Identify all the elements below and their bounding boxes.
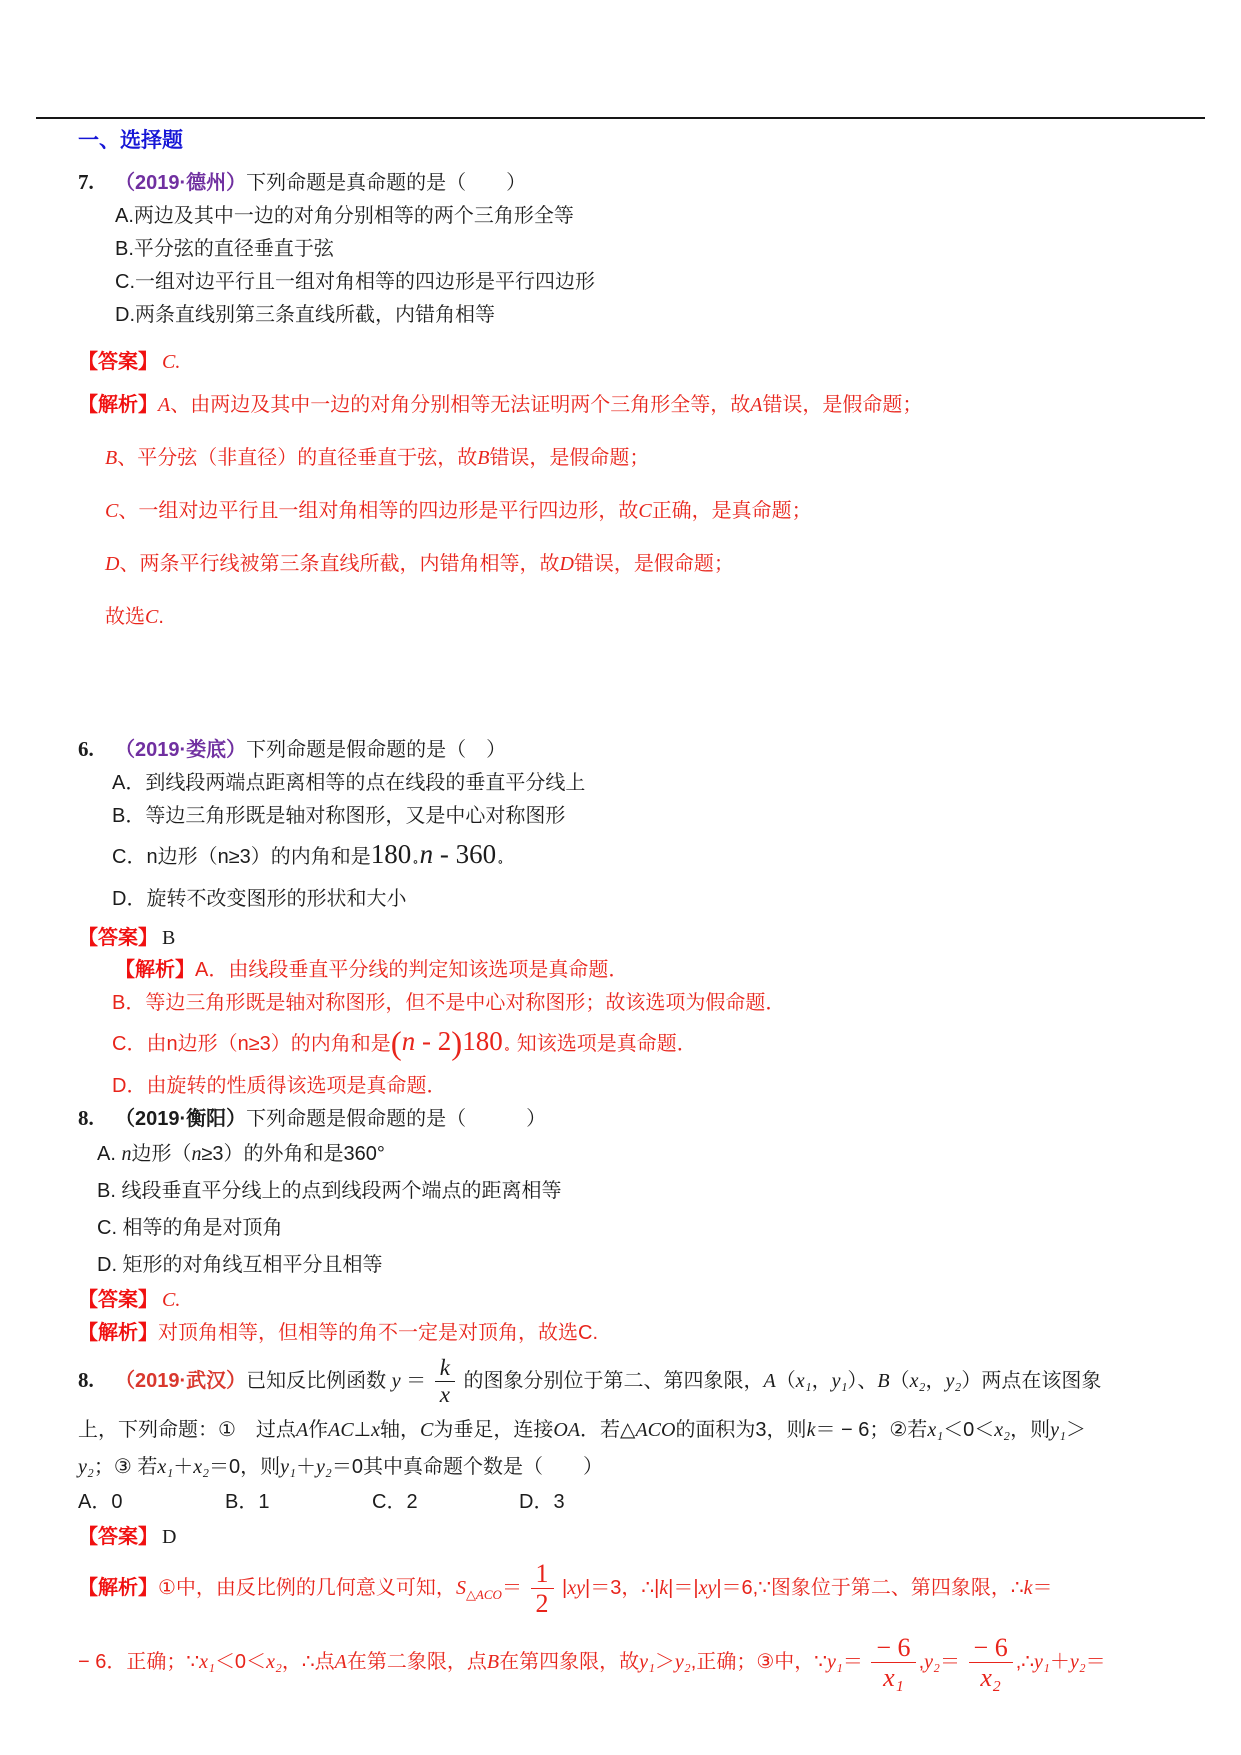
text-segment: ＝	[940, 1651, 966, 1673]
text-segment: 错误，是假命题；	[574, 553, 734, 575]
question-source-tag: （2019·武汉）	[115, 1370, 246, 1392]
fraction-denominator: 2	[531, 1589, 554, 1618]
text-segment: A	[335, 1651, 347, 1673]
question-source-tag: （2019·娄底）	[115, 739, 246, 761]
text-segment: (	[391, 1026, 402, 1062]
text-segment: 为垂足，连接	[433, 1419, 553, 1441]
analysis-row: D、两条平行线被第三条直线所截，内错角相等，故D错误，是假命题；	[105, 549, 1241, 580]
text-segment: 作	[308, 1419, 328, 1441]
text-segment: 错误，是假命题；	[762, 394, 922, 416]
question-7: 7.（2019·德州）下列命题是真命题的是（ ） A.两边及其中一边的对角分别相…	[0, 166, 1241, 633]
text-segment: C	[105, 500, 118, 522]
text-segment: n	[402, 1026, 416, 1056]
text-segment: B	[877, 1370, 889, 1392]
text-segment: ＝0其中真命题个数是（ ）	[332, 1456, 603, 1478]
question-stem-part1: 已知反比例函数 y ＝ kx 的图象分别位于第二、第四象限，A（x₁，y₁）、B…	[246, 1370, 1101, 1392]
text-segment: ；③ 若	[94, 1456, 158, 1478]
text-segment: x₁	[796, 1370, 812, 1392]
text-segment: 180	[462, 1026, 503, 1056]
text-segment: 在第四象限，故	[499, 1651, 639, 1673]
text-segment: ,正确；③中，∵	[691, 1651, 827, 1673]
option-b: B. 线段垂直平分线上的点到线段两个端点的距离相等	[97, 1173, 1241, 1210]
fraction-denominator: x	[435, 1382, 455, 1408]
question-number: 6.	[78, 733, 115, 766]
text-segment: B	[477, 447, 489, 469]
analysis-text: 对顶角相等，但相等的角不一定是对顶角，故选C.	[158, 1322, 598, 1344]
choice-c: C．2	[372, 1486, 519, 1519]
text-segment: ＜0＜	[943, 1419, 994, 1441]
text-segment: ＝	[502, 1577, 528, 1599]
answer-row: 【答案】C.	[78, 1284, 1241, 1317]
fraction-denominator: x₂	[969, 1663, 1013, 1692]
text-segment: D	[105, 553, 119, 575]
question-source-tag: （2019·德州）	[115, 172, 246, 194]
text-segment: |	[557, 1577, 568, 1599]
question-8b-line1: 8.（2019·武汉）已知反比例函数 y ＝ kx 的图象分别位于第二、第四象限…	[78, 1350, 1241, 1411]
text-segment: - 360	[433, 839, 496, 869]
text-segment: 已知反比例函数	[246, 1370, 392, 1392]
text-segment: |＝|	[668, 1577, 698, 1599]
text-segment: .	[158, 606, 164, 628]
fraction-denominator: x₁	[871, 1663, 915, 1692]
text-segment: ）、	[847, 1370, 877, 1392]
text-segment: ＞	[1066, 1419, 1086, 1441]
text-segment: y	[392, 1370, 401, 1392]
text-segment: y₂	[945, 1370, 961, 1392]
analysis-row: 【解析】对顶角相等，但相等的角不一定是对顶角，故选C.	[78, 1317, 1241, 1350]
question-stem: 下列命题是假命题的是（ ）	[246, 739, 506, 761]
option-c: C．n边形（n≥3）的内角和是180∘n - 360∘	[112, 833, 1241, 883]
text-segment: C．n边形（n≥3）的内角和是	[112, 846, 371, 868]
text-segment: 在第二象限，点	[347, 1651, 487, 1673]
text-segment: ≥3）的外角和是360°	[201, 1143, 384, 1165]
text-segment: ，则	[1010, 1419, 1050, 1441]
question-source-tag: （2019·衡阳）	[115, 1108, 246, 1130]
text-segment: B	[487, 1651, 499, 1673]
text-segment: n	[191, 1143, 201, 1165]
option-a: A．到线段两端点距离相等的点在线段的垂直平分线上	[112, 767, 1241, 800]
text-segment: xy	[567, 1577, 585, 1599]
question-7-header: 7.（2019·德州）下列命题是真命题的是（ ）	[78, 166, 1241, 200]
text-segment: ∘	[497, 854, 503, 869]
answer-value: D	[162, 1526, 176, 1548]
text-segment: x₂	[193, 1456, 209, 1478]
choice-d: D．3	[519, 1486, 666, 1519]
text-segment: x₂	[994, 1419, 1010, 1441]
text-segment: 轴，	[380, 1419, 420, 1441]
answer-label: 【答案】	[78, 927, 158, 949]
analysis-row: D．由旋转的性质得该选项是真命题．	[112, 1070, 1241, 1102]
text-segment: x₁	[157, 1456, 173, 1478]
question-number: 8.	[78, 1102, 115, 1135]
text-segment: ＋	[296, 1456, 316, 1478]
text-segment: x₁	[927, 1419, 943, 1441]
text-segment: 的面积为3，则	[675, 1419, 806, 1441]
analysis-label: 【解析】	[115, 959, 195, 981]
option-d: D.两条直线别第三条直线所截，内错角相等	[115, 299, 1241, 332]
text-segment: y₁	[639, 1651, 655, 1673]
text-segment: x₁	[199, 1651, 215, 1673]
text-segment: C	[638, 500, 651, 522]
text-segment: ACO	[635, 1419, 675, 1441]
question-8b-line2: 上，下列命题：① 过点A作AC⊥x轴，C为垂足，连接OA．若△ACO的面积为3，…	[78, 1411, 1241, 1449]
fraction: − 6x₂	[969, 1633, 1013, 1692]
text-segment: |＝3，∴|	[585, 1577, 659, 1599]
text-segment: x₂	[910, 1370, 926, 1392]
question-8-hengyang: 8.（2019·衡阳）下列命题是假命题的是（ ） A. n边形（n≥3）的外角和…	[0, 1102, 1241, 1350]
analysis-label: 【解析】	[78, 1577, 158, 1599]
fraction-numerator: − 6	[969, 1633, 1013, 1663]
text-segment: 、一组对边平行且一组对角相等的四边形是平行四边形，故	[118, 500, 638, 522]
text-segment: （	[890, 1370, 910, 1392]
option-b: B．等边三角形既是轴对称图形，又是中心对称图形	[112, 800, 1241, 833]
text-segment: 、两条平行线被第三条直线所截，内错角相等，故	[119, 553, 559, 575]
answer-label: 【答案】	[78, 1289, 158, 1311]
answer-value: B	[162, 927, 175, 949]
analysis-conclusion: 故选C.	[105, 602, 1241, 633]
text-segment: ＝	[1086, 1651, 1106, 1673]
text-segment: ，	[812, 1370, 832, 1392]
analysis-text: A．由线段垂直平分线的判定知该选项是真命题．	[195, 959, 628, 981]
text-segment: y₁	[280, 1456, 296, 1478]
answer-value: C.	[162, 1289, 180, 1311]
text-segment: A	[296, 1419, 308, 1441]
option-a: A.两边及其中一边的对角分别相等的两个三角形全等	[115, 200, 1241, 233]
analysis-row: C、一组对边平行且一组对角相等的四边形是平行四边形，故C正确，是真命题；	[105, 496, 1241, 527]
text-segment: )	[451, 1026, 462, 1062]
section-title: 一、选择题	[78, 126, 1241, 156]
question-8-wuhan: 8.（2019·武汉）已知反比例函数 y ＝ kx 的图象分别位于第二、第四象限…	[0, 1350, 1241, 1696]
answer-value: C.	[162, 351, 180, 373]
text-segment: C．由n边形（n≥3）的内角和是	[112, 1033, 391, 1055]
text-segment: ＝	[401, 1370, 432, 1392]
text-segment: 知该选项是真命题．	[511, 1033, 697, 1055]
text-segment: ＋	[1050, 1651, 1070, 1673]
text-segment: ，∴点	[282, 1651, 335, 1673]
analysis-text: ①中，由反比例的几何意义可知，S△ACO＝ 12 |xy|＝3，∴|k|＝|xy…	[158, 1577, 1053, 1599]
text-segment: x	[371, 1419, 380, 1441]
text-segment: ．若△	[580, 1419, 635, 1441]
question-stem: 下列命题是真命题的是（ ）	[246, 172, 526, 194]
question-6-header: 6.（2019·娄底）下列命题是假命题的是（ ）	[78, 733, 1241, 767]
text-segment: ＝ − 6；②若	[815, 1419, 927, 1441]
text-segment: A.	[97, 1143, 121, 1165]
header-rule	[36, 117, 1205, 119]
choice-b: B．1	[225, 1486, 372, 1519]
question-number: 8.	[78, 1350, 115, 1410]
text-segment: ＋	[173, 1456, 193, 1478]
analysis-row: B、平分弦（非直径）的直径垂直于弦，故B错误，是假命题；	[105, 443, 1241, 474]
text-segment: y₂	[316, 1456, 332, 1478]
text-segment: y₂	[1070, 1651, 1086, 1673]
option-d: D．旋转不改变图形的形状和大小	[112, 883, 1241, 916]
analysis-row: 【解析】A、由两边及其中一边的对角分别相等无法证明两个三角形全等，故A错误，是假…	[78, 390, 1241, 421]
text-segment: ＜0＜	[215, 1651, 266, 1673]
fraction: kx	[435, 1355, 455, 1408]
text-segment: ⊥	[354, 1419, 371, 1441]
text-segment: ，	[925, 1370, 945, 1392]
text-segment: ）两点在该图象	[961, 1370, 1101, 1392]
question-stem: 下列命题是假命题的是（ ）	[246, 1108, 546, 1130]
analysis-row: 【解析】A．由线段垂直平分线的判定知该选项是真命题．	[115, 954, 1241, 986]
fraction: − 6x₁	[871, 1633, 915, 1692]
text-segment: A	[764, 1370, 776, 1392]
analysis-row: C．由n边形（n≥3）的内角和是(n - 2)180∘ 知该选项是真命题．	[112, 1020, 1241, 1070]
text-segment: 、由两边及其中一边的对角分别相等无法证明两个三角形全等，故	[170, 394, 750, 416]
text-segment: n	[121, 1143, 131, 1165]
text-segment: 正确，是真命题；	[652, 500, 812, 522]
text-segment: A	[750, 394, 762, 416]
text-segment: ＝0，则	[209, 1456, 280, 1478]
text-segment: 故选	[105, 606, 145, 628]
analysis-label: 【解析】	[78, 394, 158, 416]
choices-row: A．0B．1C．2D．3	[78, 1486, 1241, 1519]
text-segment: △ACO	[466, 1587, 502, 1602]
option-a: A. n边形（n≥3）的外角和是360°	[97, 1136, 1241, 1173]
option-c: C. 相等的角是对顶角	[97, 1210, 1241, 1247]
fraction-numerator: − 6	[871, 1633, 915, 1663]
text-segment: ,∴	[1016, 1651, 1034, 1673]
analysis-text: A、由两边及其中一边的对角分别相等无法证明两个三角形全等，故A错误，是假命题；	[158, 394, 922, 416]
question-8b-line3: y₂；③ 若x₁＋x₂＝0，则y₁＋y₂＝0其中真命题个数是（ ）	[78, 1449, 1241, 1486]
text-segment: OA	[553, 1419, 580, 1441]
text-segment: - 2	[415, 1026, 451, 1056]
fraction-numerator: 1	[531, 1559, 554, 1589]
text-segment: y₂	[78, 1456, 94, 1478]
text-segment: y₁	[1034, 1651, 1050, 1673]
text-segment: 错误，是假命题；	[489, 447, 649, 469]
answer-row: 【答案】D	[78, 1519, 1241, 1555]
question-6: 6.（2019·娄底）下列命题是假命题的是（ ） A．到线段两端点距离相等的点在…	[0, 733, 1241, 1102]
text-segment: y₁	[827, 1651, 843, 1673]
document-page: 一、选择题 7.（2019·德州）下列命题是真命题的是（ ） A.两边及其中一边…	[0, 0, 1241, 1755]
analysis-row: − 6．正确；∵x₁＜0＜x₂，∴点A在第二象限，点B在第四象限，故y₁＞y₂,…	[78, 1628, 1241, 1696]
option-c: C.一组对边平行且一组对角相等的四边形是平行四边形	[115, 266, 1241, 299]
fraction: 12	[531, 1559, 554, 1618]
analysis-row: 【解析】①中，由反比例的几何意义可知，S△ACO＝ 12 |xy|＝3，∴|k|…	[78, 1555, 1241, 1628]
text-segment: ＝	[843, 1651, 869, 1673]
text-segment: 的图象分别位于第二、第四象限，	[458, 1370, 764, 1392]
text-segment: ∘	[412, 854, 418, 869]
text-segment: 上，下列命题：① 过点	[78, 1419, 296, 1441]
text-segment: ∘	[504, 1041, 510, 1056]
text-segment: AC	[328, 1419, 354, 1441]
text-segment: − 6．正确；∵	[78, 1651, 199, 1673]
question-number: 7.	[78, 166, 115, 199]
text-segment: xy	[699, 1577, 717, 1599]
answer-label: 【答案】	[78, 351, 158, 373]
text-segment: D	[559, 553, 573, 575]
text-segment: 180	[371, 839, 412, 869]
text-segment: A	[158, 394, 170, 416]
text-segment: C	[420, 1419, 433, 1441]
text-segment: y₁	[1050, 1419, 1066, 1441]
text-segment: ＝	[1033, 1577, 1053, 1599]
answer-label: 【答案】	[78, 1526, 158, 1548]
text-segment: （	[776, 1370, 796, 1392]
text-segment: B	[105, 447, 117, 469]
text-segment: 、平分弦（非直径）的直径垂直于弦，故	[117, 447, 477, 469]
question-8a-header: 8.（2019·衡阳）下列命题是假命题的是（ ）	[78, 1102, 1241, 1136]
text-segment: k	[659, 1577, 668, 1599]
text-segment: |＝6,∵图象位于第二、第四象限，∴	[716, 1577, 1023, 1599]
text-segment: ①中，由反比例的几何意义可知，	[158, 1577, 456, 1599]
text-segment: y₁	[832, 1370, 848, 1392]
text-segment: x₂	[266, 1651, 282, 1673]
answer-row: 【答案】C.	[78, 346, 1241, 379]
choice-a: A．0	[78, 1486, 225, 1519]
text-segment: y₂	[924, 1651, 940, 1673]
text-segment: S	[456, 1577, 466, 1599]
answer-row: 【答案】B	[78, 922, 1241, 954]
text-segment: n	[420, 839, 434, 869]
text-segment: 边形（	[131, 1143, 191, 1165]
analysis-row: B．等边三角形既是轴对称图形，但不是中心对称图形；故该选项为假命题．	[112, 986, 1241, 1020]
text-segment: C	[145, 606, 158, 628]
text-segment: y₂	[675, 1651, 691, 1673]
option-b: B.平分弦的直径垂直于弦	[115, 233, 1241, 266]
text-segment: k	[1024, 1577, 1033, 1599]
fraction-numerator: k	[435, 1355, 455, 1382]
analysis-label: 【解析】	[78, 1322, 158, 1344]
option-d: D. 矩形的对角线互相平分且相等	[97, 1247, 1241, 1284]
text-segment: ＞	[655, 1651, 675, 1673]
